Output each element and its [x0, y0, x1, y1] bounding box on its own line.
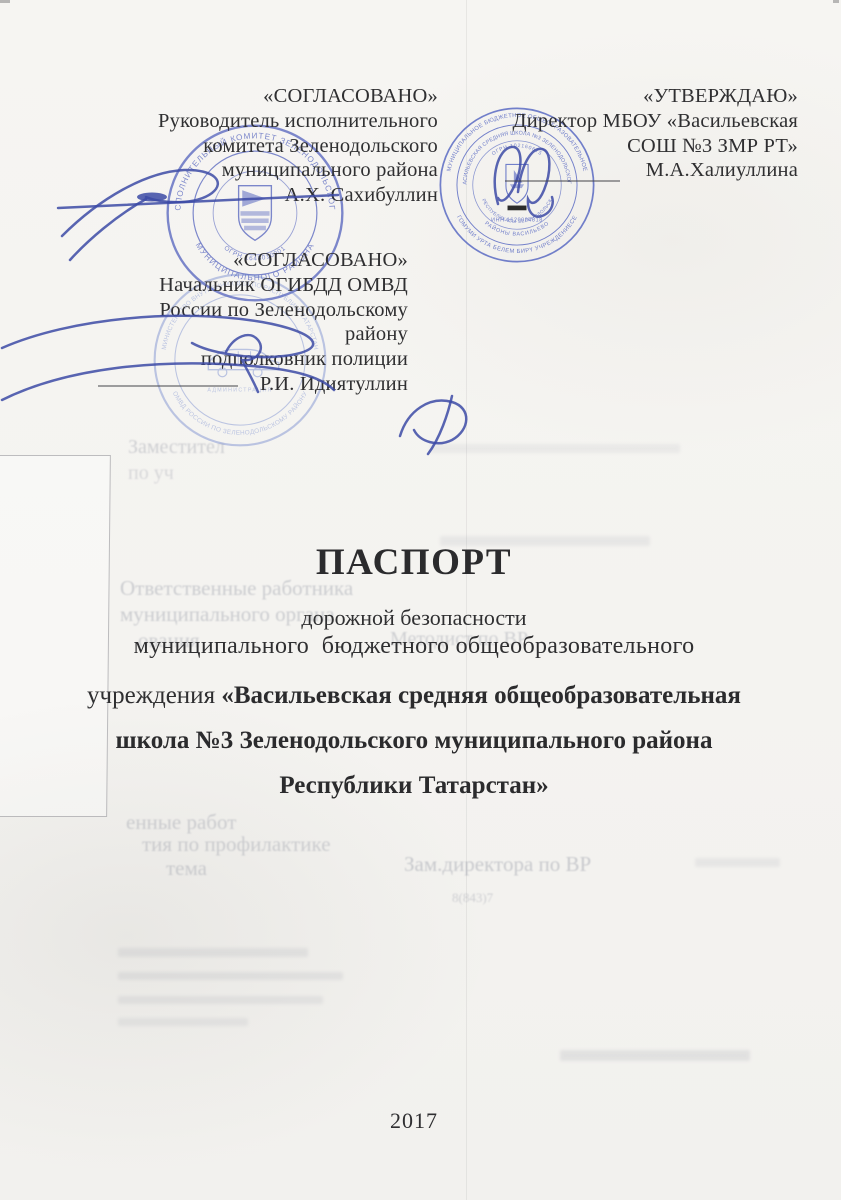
- document-title: ПАСПОРТ: [0, 541, 828, 584]
- ghost-text: тия по профилактике: [142, 832, 331, 857]
- institution-name-part-1: «Васильевская средняя общеобразовательна…: [221, 682, 741, 709]
- approval-line: Начальник ОГИБДД ОМВД: [56, 273, 408, 298]
- approval-line: муниципального района: [66, 158, 438, 183]
- approval-line: Директор МБОУ «Васильевская: [434, 109, 798, 134]
- approval-line: СОШ №3 ЗМР РТ»: [434, 134, 798, 159]
- scan-corner-mark: [0, 0, 10, 3]
- institution-prefix: учреждения: [87, 682, 221, 709]
- approval-block-gibdd: «СОГЛАСОВАНО» Начальник ОГИБДД ОМВД Росс…: [56, 248, 408, 397]
- institution-line-2: учреждения «Васильевская средняя общеобр…: [0, 682, 828, 710]
- stamp-inn-text: ИНН 1620004818: [491, 217, 543, 223]
- ghost-smudge: [118, 972, 343, 980]
- institution-name-part-3: Республики Татарстан»: [0, 772, 828, 800]
- scanned-document-page: Заместител по уч Ответственные работника…: [0, 0, 841, 1200]
- document-year: 2017: [0, 1108, 828, 1134]
- approval-heading: «УТВЕРЖДАЮ»: [434, 84, 798, 109]
- ghost-smudge: [118, 948, 308, 957]
- approver-name: М.А.Халиуллина: [434, 158, 798, 183]
- approver-name: А.Х. Сахибуллин: [66, 183, 438, 208]
- document-subtitle: дорожной безопасности: [0, 605, 828, 631]
- ghost-text: по уч: [128, 462, 174, 485]
- approval-line: России по Зеленодольскому: [56, 298, 408, 323]
- approval-heading: «СОГЛАСОВАНО»: [66, 84, 438, 109]
- ghost-smudge: [118, 996, 323, 1004]
- approval-line: району: [56, 322, 408, 347]
- ghost-smudge: [560, 1050, 750, 1061]
- approval-line: Руководитель исполнительного: [66, 109, 438, 134]
- institution-line-1: муниципального бюджетного общеобразовате…: [0, 633, 828, 660]
- ghost-smudge: [118, 1018, 248, 1026]
- approval-block-director: «УТВЕРЖДАЮ» Директор МБОУ «Васильевская …: [434, 84, 798, 183]
- institution-name-part-2: школа №3 Зеленодольского муниципального …: [0, 727, 828, 755]
- approval-line: комитета Зеленодольского: [66, 134, 438, 159]
- ghost-smudge: [430, 444, 680, 453]
- approver-name: Р.И. Идиятуллин: [56, 372, 408, 397]
- ghost-text: тема: [166, 856, 207, 881]
- approval-block-exec-committee: «СОГЛАСОВАНО» Руководитель исполнительно…: [66, 84, 438, 208]
- approval-heading: «СОГЛАСОВАНО»: [56, 248, 408, 273]
- ghost-text: Зам.директора по ВР: [404, 852, 591, 877]
- ghost-smudge: [695, 858, 780, 867]
- approval-line: подполковник полиции: [56, 347, 408, 372]
- scan-corner-mark: [833, 0, 839, 3]
- ghost-text: 8(843)7: [452, 890, 493, 906]
